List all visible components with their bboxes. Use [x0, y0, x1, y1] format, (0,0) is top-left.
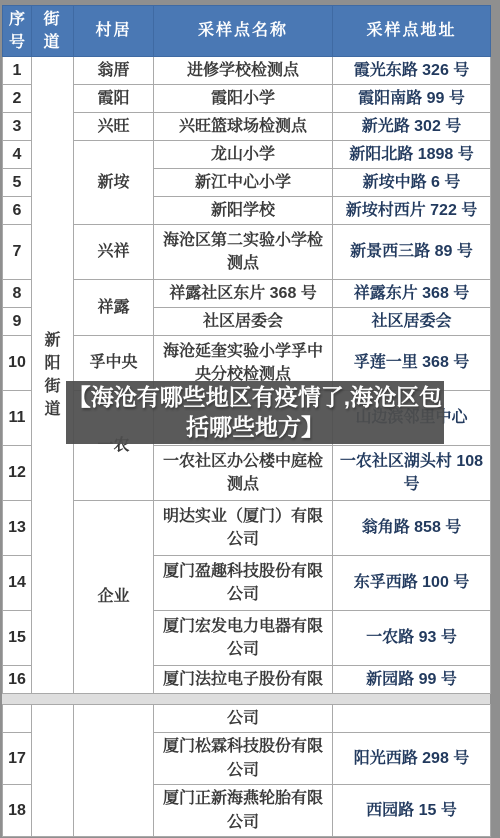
- name-cell: 厦门宏发电力电器有限公司: [154, 611, 333, 666]
- addr-cell: 阳光西路 298 号: [333, 733, 491, 785]
- sampling-points-table: 序号 街道 村居 采样点名称 采样点地址 1 新阳街道 翁厝 进修学校检测点 霞…: [2, 5, 491, 694]
- addr-cell: 新垵中路 6 号: [333, 169, 491, 197]
- village-cell-empty: [74, 705, 154, 837]
- row-no: 15: [3, 611, 32, 666]
- addr-cell: 一农路 93 号: [333, 611, 491, 666]
- village-cell: 翁厝: [74, 57, 154, 85]
- row-no: 14: [3, 556, 32, 611]
- addr-cell: 祥露东片 368 号: [333, 280, 491, 308]
- row-no: 16: [3, 666, 32, 694]
- table-row: 2 霞阳 霞阳小学 霞阳南路 99 号: [3, 85, 491, 113]
- addr-cell: 新园路 99 号: [333, 666, 491, 694]
- table-row: 1 新阳街道 翁厝 进修学校检测点 霞光东路 326 号: [3, 57, 491, 85]
- row-no: 11: [3, 391, 32, 446]
- village-cell: 新垵: [74, 141, 154, 225]
- name-cell: 厦门盈趣科技股份有限公司: [154, 556, 333, 611]
- table-row: 7 兴祥 海沧区第二实验小学检测点 新景西三路 89 号: [3, 225, 491, 280]
- addr-cell: 霞光东路 326 号: [333, 57, 491, 85]
- name-cell: 厦门松霖科技股份有限公司: [154, 733, 333, 785]
- village-cell: 霞阳: [74, 85, 154, 113]
- addr-cell: 新景西三路 89 号: [333, 225, 491, 280]
- segment-divider: [2, 694, 490, 704]
- table-header: 序号 街道 村居 采样点名称 采样点地址: [3, 6, 491, 57]
- header-cell-name: 采样点名称: [154, 6, 333, 57]
- name-cell: 新江中心小学: [154, 169, 333, 197]
- row-no: 13: [3, 501, 32, 556]
- row-no: 3: [3, 113, 32, 141]
- addr-cell: 社区居委会: [333, 308, 491, 336]
- name-cell: 兴旺篮球场检测点: [154, 113, 333, 141]
- addr-cell: 翁角路 858 号: [333, 501, 491, 556]
- row-no: 12: [3, 446, 32, 501]
- name-cell: 进修学校检测点: [154, 57, 333, 85]
- table-row: 4 新垵 龙山小学 新阳北路 1898 号: [3, 141, 491, 169]
- addr-cell: 一农社区湖头村 108 号: [333, 446, 491, 501]
- row-no: 6: [3, 197, 32, 225]
- name-cell: 公司: [154, 705, 333, 733]
- row-no: [3, 705, 32, 733]
- screenshot-root: { "colors": { "header_bg": "#4a78b4", "h…: [0, 0, 500, 838]
- table-row: 13 企业 明达实业（厦门）有限公司 翁角路 858 号: [3, 501, 491, 556]
- header-cell-village: 村居: [74, 6, 154, 57]
- street-cell-empty: [32, 705, 74, 837]
- village-cell: 祥露: [74, 280, 154, 336]
- row-no: 1: [3, 57, 32, 85]
- name-cell: 明达实业（厦门）有限公司: [154, 501, 333, 556]
- row-no: 7: [3, 225, 32, 280]
- header-cell-no: 序号: [3, 6, 32, 57]
- row-no: 17: [3, 733, 32, 785]
- sampling-points-table-continued: 公司 17 厦门松霖科技股份有限公司 阳光西路 298 号 18 厦门正新海燕轮…: [2, 704, 491, 837]
- name-cell: 厦门法拉电子股份有限: [154, 666, 333, 694]
- name-cell: 厦门正新海燕轮胎有限公司: [154, 785, 333, 837]
- row-no: 18: [3, 785, 32, 837]
- row-no: 10: [3, 336, 32, 391]
- row-no: 4: [3, 141, 32, 169]
- addr-cell: 东孚西路 100 号: [333, 556, 491, 611]
- name-cell: 海沧区第二实验小学检测点: [154, 225, 333, 280]
- village-cell: 兴祥: [74, 225, 154, 280]
- name-cell: 祥露社区东片 368 号: [154, 280, 333, 308]
- addr-cell: 新光路 302 号: [333, 113, 491, 141]
- name-cell: 社区居委会: [154, 308, 333, 336]
- village-cell: 兴旺: [74, 113, 154, 141]
- row-no: 8: [3, 280, 32, 308]
- addr-cell: 霞阳南路 99 号: [333, 85, 491, 113]
- caption-overlay: 【海沧有哪些地区有疫情了,海沧区包括哪些地方】: [66, 381, 444, 444]
- addr-cell: 西园路 15 号: [333, 785, 491, 837]
- table-row: 8 祥露 祥露社区东片 368 号 祥露东片 368 号: [3, 280, 491, 308]
- row-no: 5: [3, 169, 32, 197]
- addr-cell: 新阳北路 1898 号: [333, 141, 491, 169]
- header-cell-addr: 采样点地址: [333, 6, 491, 57]
- village-cell: 企业: [74, 501, 154, 694]
- table-row: 公司: [3, 705, 491, 733]
- name-cell: 龙山小学: [154, 141, 333, 169]
- row-no: 2: [3, 85, 32, 113]
- addr-cell: 新垵村西片 722 号: [333, 197, 491, 225]
- header-row: 序号 街道 村居 采样点名称 采样点地址: [3, 6, 491, 57]
- name-cell: 一农社区办公楼中庭检测点: [154, 446, 333, 501]
- name-cell: 霞阳小学: [154, 85, 333, 113]
- name-cell: 新阳学校: [154, 197, 333, 225]
- street-cell: 新阳街道: [32, 57, 74, 694]
- header-cell-street: 街道: [32, 6, 74, 57]
- addr-cell: [333, 705, 491, 733]
- row-no: 9: [3, 308, 32, 336]
- table-row: 3 兴旺 兴旺篮球场检测点 新光路 302 号: [3, 113, 491, 141]
